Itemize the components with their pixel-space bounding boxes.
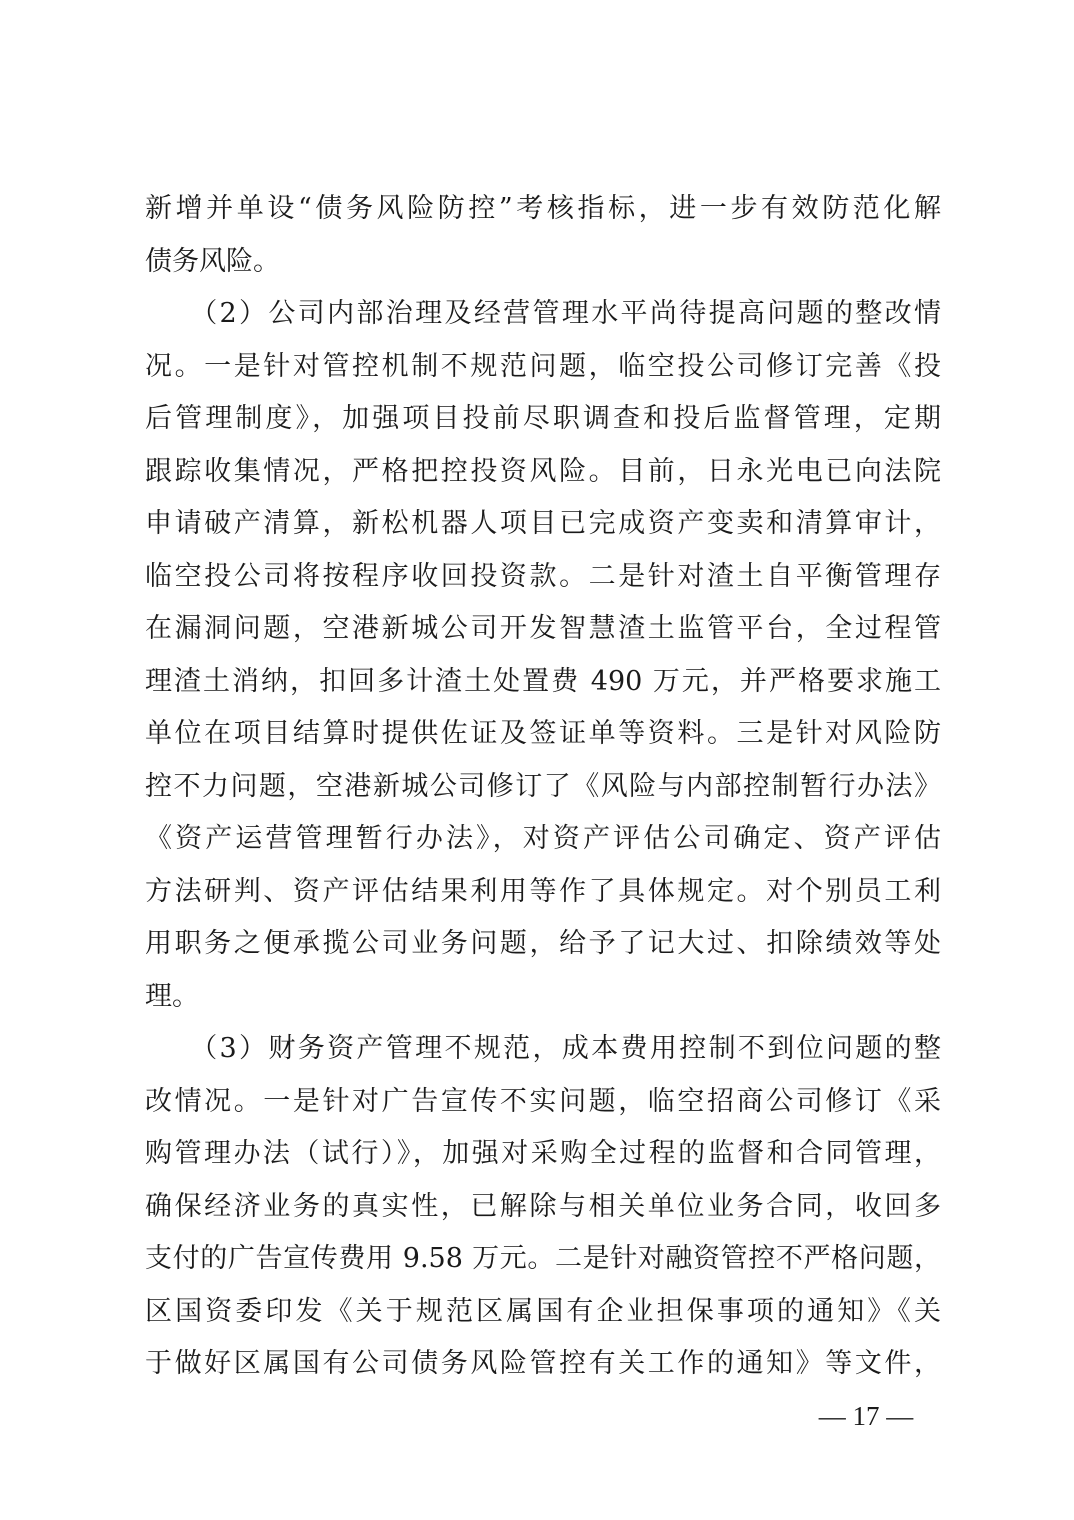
text-line: 理。	[145, 971, 941, 1024]
text-line: 理渣土消纳，扣回多计渣土处置费 490 万元，并严格要求施工	[145, 656, 941, 709]
text-line: 新增并单设“债务风险防控”考核指标，进一步有效防范化解	[145, 183, 941, 236]
page-number: — 17 —	[818, 1398, 914, 1434]
document-page: 新增并单设“债务风险防控”考核指标，进一步有效防范化解 债务风险。 （2）公司内…	[0, 0, 1074, 1520]
text-line: 控不力问题，空港新城公司修订了《风险与内部控制暂行办法》	[145, 761, 941, 814]
section-heading-line: （3）财务资产管理不规范，成本费用控制不到位问题的整	[145, 1023, 941, 1076]
text-line: 单位在项目结算时提供佐证及签证单等资料。三是针对风险防	[145, 708, 941, 761]
text-line: 改情况。一是针对广告宣传不实问题，临空招商公司修订《采	[145, 1076, 941, 1129]
text-line: 在漏洞问题，空港新城公司开发智慧渣土监管平台，全过程管	[145, 603, 941, 656]
text-line: 申请破产清算，新松机器人项目已完成资产变卖和清算审计，	[145, 498, 941, 551]
text-line: 于做好区属国有公司债务风险管控有关工作的通知》等文件，	[145, 1338, 941, 1391]
text-line: 债务风险。	[145, 236, 941, 289]
body-text: 新增并单设“债务风险防控”考核指标，进一步有效防范化解 债务风险。 （2）公司内…	[145, 183, 941, 1391]
text-line: 况。一是针对管控机制不规范问题，临空投公司修订完善《投	[145, 341, 941, 394]
text-line: 购管理办法（试行）》，加强对采购全过程的监督和合同管理，	[145, 1128, 941, 1181]
section-heading-line: （2）公司内部治理及经营管理水平尚待提高问题的整改情	[145, 288, 941, 341]
text-line: 支付的广告宣传费用 9.58 万元。二是针对融资管控不严格问题，	[145, 1233, 941, 1286]
text-line: 《资产运营管理暂行办法》，对资产评估公司确定、资产评估	[145, 813, 941, 866]
text-line: 方法研判、资产评估结果利用等作了具体规定。对个别员工利	[145, 866, 941, 919]
text-line: 后管理制度》，加强项目投前尽职调查和投后监督管理，定期	[145, 393, 941, 446]
text-line: 跟踪收集情况，严格把控投资风险。目前，日永光电已向法院	[145, 446, 941, 499]
text-line: 用职务之便承揽公司业务问题，给予了记大过、扣除绩效等处	[145, 918, 941, 971]
text-line: 区国资委印发《关于规范区属国有企业担保事项的通知》《关	[145, 1286, 941, 1339]
text-line: 临空投公司将按程序收回投资款。二是针对渣土自平衡管理存	[145, 551, 941, 604]
text-line: 确保经济业务的真实性，已解除与相关单位业务合同，收回多	[145, 1181, 941, 1234]
